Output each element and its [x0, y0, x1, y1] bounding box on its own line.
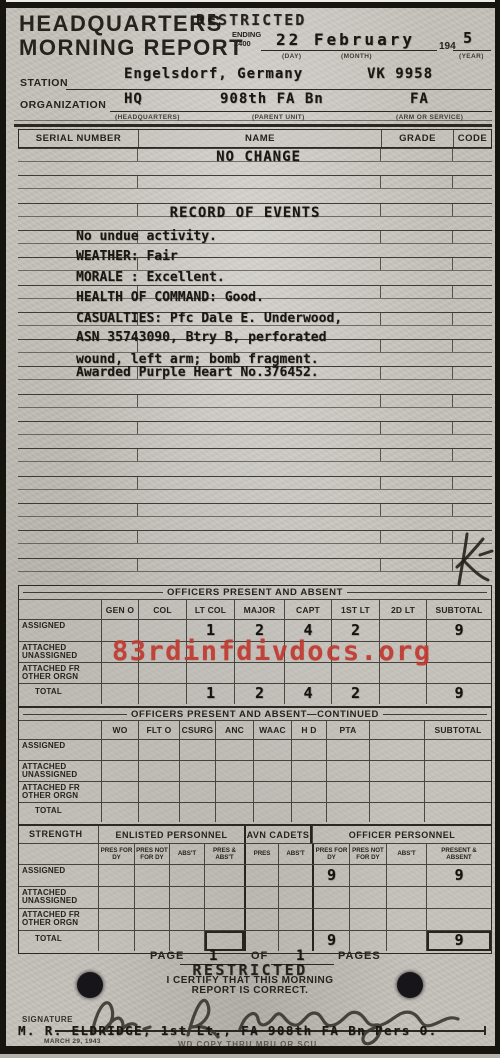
- table-cell: [369, 740, 424, 760]
- table-cell: [424, 803, 491, 822]
- handwritten-initials-mark: [452, 531, 494, 585]
- ruled-row: [18, 503, 492, 530]
- table-cell: [379, 684, 426, 704]
- column-header-corner: [19, 844, 98, 864]
- table-cell: [278, 865, 312, 886]
- table-cell: [312, 909, 349, 930]
- table-row-attached-unassigned: ATTACHED UNASSIGNED: [19, 886, 491, 908]
- row-cells: [101, 761, 491, 781]
- title-rule-right: [347, 592, 487, 593]
- title-rule-left: [23, 714, 127, 715]
- year-caption: (YEAR): [459, 53, 484, 60]
- organization-parent-unit: 908th FA Bn: [220, 91, 324, 107]
- classification-stamp-top: RESTRICTED: [196, 11, 306, 29]
- table-cell: MAJOR: [234, 600, 284, 619]
- table-cell: 2: [331, 684, 379, 704]
- table-cell: [215, 782, 253, 802]
- table-cell: [134, 865, 169, 886]
- table-cell: [426, 642, 491, 662]
- event-line: HEALTH OF COMMAND: Good.: [76, 290, 264, 305]
- table-cell: [326, 740, 369, 760]
- scan-edge-bottom-light: [0, 1054, 500, 1058]
- report-date: 22 February: [276, 30, 415, 49]
- event-line: MORALE : Excellent.: [76, 270, 225, 285]
- table-cell: 2: [234, 684, 284, 704]
- continued-table-title-row: OFFICERS PRESENT AND ABSENT—CONTINUED: [19, 708, 491, 720]
- table-cell: H D: [291, 721, 326, 739]
- table-row-total: TOTAL 12429: [19, 683, 491, 704]
- table-cell: ABS'T: [169, 844, 204, 864]
- separator-line-heavy: [14, 124, 492, 127]
- form-title-line2: MORNING REPORT: [19, 35, 244, 61]
- table-cell: 9: [312, 865, 349, 886]
- table-row-attached-unassigned: ATTACHED UNASSIGNED: [19, 760, 491, 781]
- table-row-assigned: ASSIGNED 99: [19, 864, 491, 886]
- table-cell: 9: [426, 865, 491, 886]
- row-label: ATTACHED FR OTHER ORGN: [19, 782, 101, 802]
- year-underline: [453, 50, 491, 52]
- title-rule-right: [383, 714, 487, 715]
- officers-column-header-row: GEN OCOLLT COLMAJORCAPT1ST LT2D LTSUBTOT…: [19, 599, 491, 619]
- ruled-row: [18, 448, 492, 475]
- row-label: ATTACHED FR OTHER ORGN: [19, 909, 98, 930]
- row-label: ASSIGNED: [19, 865, 98, 886]
- table-cell: GEN O: [101, 600, 138, 619]
- table-cell: [138, 684, 186, 704]
- table-cell: 9: [426, 684, 491, 704]
- table-cell: [215, 761, 253, 781]
- title-rule-left: [23, 592, 163, 593]
- table-cell: [134, 931, 169, 951]
- table-cell: [369, 721, 424, 739]
- table-row-attached-fr-other-orgn: ATTACHED FR OTHER ORGN: [19, 781, 491, 802]
- separator-line-thin: [14, 120, 492, 121]
- row-cells: [98, 887, 491, 908]
- table-cell: [98, 865, 134, 886]
- strength-corner-label: STRENGTH: [19, 826, 98, 843]
- table-cell: [253, 782, 291, 802]
- table-cell: [369, 761, 424, 781]
- table-cell: [169, 865, 204, 886]
- table-cell: [101, 782, 138, 802]
- table-cell: [326, 782, 369, 802]
- table-cell: PRES & ABS'T: [204, 844, 244, 864]
- group-header-officer: OFFICER PERSONNEL: [312, 826, 491, 843]
- date-underline: [261, 50, 437, 52]
- row-label: ATTACHED UNASSIGNED: [19, 761, 101, 781]
- ending-label: ENDING: [232, 30, 261, 39]
- table-cell: [98, 887, 134, 908]
- row-label: TOTAL: [19, 684, 101, 704]
- day-caption: (DAY): [282, 53, 301, 60]
- table-cell: CODE: [453, 130, 491, 147]
- table-cell: [215, 740, 253, 760]
- archive-watermark: 83rdinfdivdocs.org: [112, 636, 432, 667]
- table-cell: [179, 740, 215, 760]
- table-cell: [349, 931, 386, 951]
- officers-continued-table: OFFICERS PRESENT AND ABSENT—CONTINUED WO…: [18, 707, 492, 825]
- table-cell: [138, 761, 179, 781]
- table-cell: [291, 803, 326, 822]
- ruled-row: [18, 175, 492, 202]
- table-cell: [426, 887, 491, 908]
- table-cell: [101, 761, 138, 781]
- table-cell: [101, 740, 138, 760]
- table-cell: SUBTOTAL: [424, 721, 491, 739]
- ruled-row: [18, 558, 492, 585]
- strength-subcolumn-header-row: PRES FOR DYPRES NOT FOR DYABS'TPRES & AB…: [19, 843, 491, 864]
- table-cell: [312, 887, 349, 908]
- table-cell: [291, 782, 326, 802]
- table-cell: NAME: [138, 130, 381, 147]
- table-cell: [386, 887, 426, 908]
- form-title-line1: HEADQUARTERS: [19, 11, 223, 37]
- table-cell: [291, 761, 326, 781]
- station-value: Engelsdorf, Germany: [124, 66, 303, 82]
- ruled-row: [18, 394, 492, 421]
- ending-time: 2400: [234, 39, 251, 48]
- column-header-corner: [19, 721, 101, 739]
- organization-label: ORGANIZATION: [20, 99, 106, 111]
- table-cell: [215, 803, 253, 822]
- ruled-row: [18, 421, 492, 448]
- table-cell: [204, 909, 244, 930]
- row-label: ATTACHED UNASSIGNED: [19, 887, 98, 908]
- table-cell: PRESENT & ABSENT: [426, 844, 491, 864]
- table-cell: ABS'T: [386, 844, 426, 864]
- table-cell: [244, 887, 278, 908]
- table-cell: [278, 909, 312, 930]
- event-line: ASN 35743090, Btry B, perforated: [76, 330, 326, 345]
- table-cell: [386, 909, 426, 930]
- officers-table-title: OFFICERS PRESENT AND ABSENT: [167, 587, 343, 598]
- continued-column-header-row: WOFLT OCSURGANCWAACH DPTASUBTOTAL: [19, 720, 491, 739]
- strength-subcolumn-headers: PRES FOR DYPRES NOT FOR DYABS'TPRES & AB…: [98, 844, 491, 864]
- event-line: WEATHER: Fair: [76, 249, 178, 264]
- table-cell: ABS'T: [278, 844, 312, 864]
- table-cell: [204, 887, 244, 908]
- table-cell: FLT O: [138, 721, 179, 739]
- table-cell: [179, 782, 215, 802]
- station-label: STATION: [20, 77, 68, 89]
- roster-header-table: SERIAL NUMBERNAMEGRADECODE: [18, 129, 492, 148]
- table-cell: [138, 782, 179, 802]
- table-cell: 9: [426, 620, 491, 641]
- scanned-morning-report-page: HEADQUARTERS MORNING REPORT RESTRICTED E…: [0, 0, 500, 1058]
- table-cell: [369, 782, 424, 802]
- row-cells: [98, 909, 491, 930]
- event-line: No undue activity.: [76, 229, 217, 244]
- table-cell: GRADE: [381, 130, 453, 147]
- table-cell: [424, 761, 491, 781]
- table-cell: [169, 931, 204, 951]
- table-cell: [101, 684, 138, 704]
- table-cell: PRES FOR DY: [98, 844, 134, 864]
- table-cell: 9: [426, 931, 491, 951]
- table-cell: PRES NOT FOR DY: [134, 844, 169, 864]
- table-cell: [349, 909, 386, 930]
- table-cell: PRES NOT FOR DY: [349, 844, 386, 864]
- strength-group-header-row: STRENGTH ENLISTED PERSONNEL AVN CADETS O…: [19, 826, 491, 843]
- table-cell: [244, 909, 278, 930]
- organization-underline: [110, 111, 492, 112]
- table-cell: [424, 782, 491, 802]
- table-cell: [253, 803, 291, 822]
- table-cell: PRES FOR DY: [312, 844, 349, 864]
- row-cells: [101, 803, 491, 822]
- signature-block-typed: M. R. ELDRIDGE, 1st Lt., FA 908th FA Bn …: [18, 1023, 438, 1038]
- row-cells: 12429: [101, 684, 491, 704]
- scan-edge-bottom: [0, 1046, 500, 1054]
- organization-headquarters: HQ: [124, 91, 143, 107]
- table-cell: [244, 931, 278, 951]
- column-header-corner: [19, 600, 101, 619]
- table-cell: [349, 887, 386, 908]
- table-cell: [98, 931, 134, 951]
- table-cell: [179, 761, 215, 781]
- table-cell: 9: [312, 931, 349, 951]
- row-label: ASSIGNED: [19, 620, 101, 641]
- table-cell: ANC: [215, 721, 253, 739]
- table-cell: [204, 865, 244, 886]
- row-label: TOTAL: [19, 803, 101, 822]
- table-cell: [424, 740, 491, 760]
- table-cell: [101, 803, 138, 822]
- table-cell: LT COL: [186, 600, 234, 619]
- table-cell: [426, 909, 491, 930]
- table-cell: [169, 909, 204, 930]
- row-label: ATTACHED UNASSIGNED: [19, 642, 101, 662]
- table-cell: [291, 740, 326, 760]
- table-cell: WAAC: [253, 721, 291, 739]
- row-cells: 99: [98, 865, 491, 886]
- table-cell: [244, 865, 278, 886]
- scan-edge-right: [495, 0, 500, 1058]
- table-row-attached-fr-other-orgn: ATTACHED FR OTHER ORGN: [19, 908, 491, 930]
- row-label: ATTACHED FR OTHER ORGN: [19, 663, 101, 683]
- ruled-row: [18, 530, 492, 557]
- table-cell: [278, 887, 312, 908]
- continued-column-headers: WOFLT OCSURGANCWAACH DPTASUBTOTAL: [101, 721, 491, 739]
- table-cell: [253, 761, 291, 781]
- table-cell: [138, 740, 179, 760]
- row-cells: [101, 740, 491, 760]
- table-cell: [278, 931, 312, 951]
- ruled-row: [18, 476, 492, 503]
- table-row-total: TOTAL 99: [19, 930, 491, 951]
- table-cell: [134, 887, 169, 908]
- station-underline: [66, 89, 492, 90]
- table-cell: [138, 803, 179, 822]
- table-cell: SUBTOTAL: [426, 600, 491, 619]
- row-cells: 99: [98, 931, 491, 951]
- roster-header-cells: SERIAL NUMBERNAMEGRADECODE: [19, 130, 491, 147]
- continued-table-title: OFFICERS PRESENT AND ABSENT—CONTINUED: [131, 709, 379, 720]
- scan-edge-left: [0, 0, 6, 1058]
- table-cell: [326, 761, 369, 781]
- table-cell: [426, 663, 491, 683]
- row-cells: [101, 782, 491, 802]
- table-cell: WO: [101, 721, 138, 739]
- row-label: ASSIGNED: [19, 740, 101, 760]
- table-cell: [386, 865, 426, 886]
- table-cell: 1ST LT: [331, 600, 379, 619]
- row-label: TOTAL: [19, 931, 98, 951]
- table-cell: 2D LT: [379, 600, 426, 619]
- table-cell: [134, 909, 169, 930]
- officers-table-title-row: OFFICERS PRESENT AND ABSENT: [19, 586, 491, 599]
- table-cell: 4: [284, 684, 331, 704]
- scan-edge-top: [0, 2, 500, 8]
- month-caption: (MONTH): [341, 53, 372, 60]
- table-cell: [179, 803, 215, 822]
- table-cell: CAPT: [284, 600, 331, 619]
- table-cell: [349, 865, 386, 886]
- table-cell: PRES: [244, 844, 278, 864]
- officers-column-headers: GEN OCOLLT COLMAJORCAPT1ST LT2D LTSUBTOT…: [101, 600, 491, 619]
- punch-hole-right: [397, 972, 423, 998]
- table-cell: [169, 887, 204, 908]
- punch-hole-left: [77, 972, 103, 998]
- table-cell: COL: [138, 600, 186, 619]
- table-cell: [326, 803, 369, 822]
- strength-table: STRENGTH ENLISTED PERSONNEL AVN CADETS O…: [18, 825, 492, 954]
- table-cell: PTA: [326, 721, 369, 739]
- table-cell: [386, 931, 426, 951]
- table-cell: CSURG: [179, 721, 215, 739]
- record-of-events-title: RECORD OF EVENTS: [120, 205, 370, 221]
- table-cell: SERIAL NUMBER: [19, 130, 138, 147]
- signature-line-end-tick: [484, 1026, 486, 1035]
- event-line: CASUALTIES: Pfc Dale E. Underwood,: [76, 311, 342, 326]
- table-cell: [369, 803, 424, 822]
- roster-header-row: SERIAL NUMBERNAMEGRADECODE: [19, 130, 491, 147]
- table-cell: [98, 909, 134, 930]
- table-cell: 1: [186, 684, 234, 704]
- table-row-assigned: ASSIGNED: [19, 739, 491, 760]
- table-row-total: TOTAL: [19, 802, 491, 822]
- roster-entry: NO CHANGE: [137, 149, 380, 165]
- group-header-avn-cadets: AVN CADETS: [244, 826, 312, 843]
- year-digit: 5: [463, 29, 472, 47]
- group-header-enlisted: ENLISTED PERSONNEL: [98, 826, 244, 843]
- event-line: Awarded Purple Heart No.376452.: [76, 365, 319, 380]
- organization-arm: FA: [410, 91, 429, 107]
- station-grid-reference: VK 9958: [367, 66, 433, 82]
- table-cell: [253, 740, 291, 760]
